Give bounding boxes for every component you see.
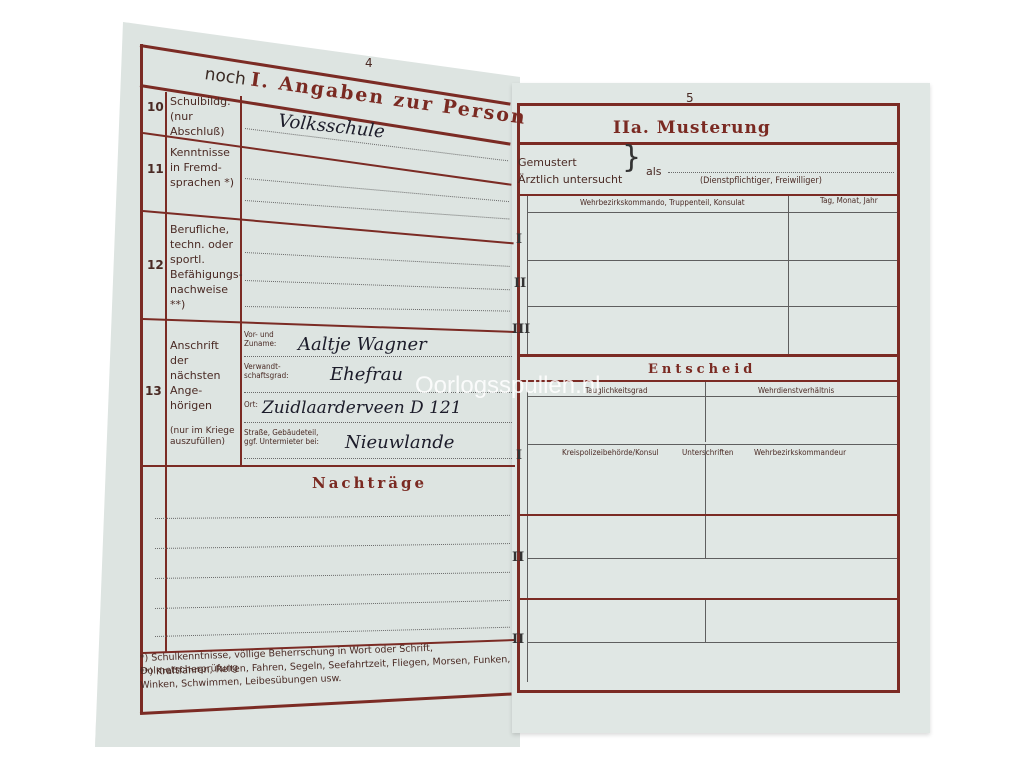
- dotline: [244, 458, 512, 459]
- row-sep-13: [143, 465, 515, 467]
- field-label-relation: Verwandt-schaftsgrad:: [244, 362, 294, 380]
- decision-row-sep-2: [527, 558, 897, 559]
- table1-header-date: Tag, Monat, Jahr: [820, 196, 878, 205]
- table1-row-sep: [527, 260, 897, 261]
- left-page-number: 4: [365, 56, 373, 70]
- row-label-12: Berufliche, techn. oder sportl. Befähigu…: [170, 222, 240, 312]
- row-number-12: 12: [147, 258, 164, 272]
- brace-icon: }: [622, 150, 641, 165]
- decision-col-roman: [527, 382, 528, 682]
- left-border: [140, 44, 143, 714]
- field-value-name[interactable]: Aaltje Wagner: [298, 334, 427, 355]
- row-label-13: Anschrift der nächsten Ange-hörigen: [170, 338, 240, 413]
- decision-col-mid: [705, 382, 706, 442]
- as-input-line[interactable]: [668, 172, 894, 173]
- decision-title: Entscheid: [648, 362, 756, 377]
- signature-header-commander: Wehrbezirkskommandeur: [754, 448, 846, 457]
- decision-row-sep: [527, 444, 897, 445]
- sig-col-mid: [705, 444, 706, 514]
- row-number-13: 13: [145, 384, 162, 398]
- supplements-title: Nachträge: [312, 474, 427, 492]
- decision-row-II: II: [512, 550, 524, 565]
- field-value-place[interactable]: Zuidlaarderveen D 121: [262, 398, 462, 418]
- table1-header-office: Wehrbezirkskommando, Truppenteil, Konsul…: [580, 198, 745, 207]
- decision-sep-3: [517, 598, 900, 600]
- as-label: als: [646, 164, 662, 179]
- dotline: [244, 356, 512, 357]
- table1-row-sep: [527, 306, 897, 307]
- sig-col-mid-3: [705, 600, 706, 642]
- sig-col-mid-2: [705, 516, 706, 558]
- decision-row-sep-3: [527, 642, 897, 643]
- dotline: [244, 422, 512, 423]
- decision-sep-2: [517, 514, 900, 516]
- table1-col-date: [788, 196, 789, 354]
- col-divider-number: [165, 92, 167, 652]
- field-label-street: Straße, Gebäudeteil, ggf. Untermieter be…: [244, 428, 334, 446]
- field-value-relation[interactable]: Ehefrau: [330, 364, 403, 385]
- signature-header-police: Kreispolizeibehörde/Konsul: [562, 448, 659, 457]
- mustered-label: Gemustert: [518, 155, 577, 170]
- as-hint: (Dienstpflichtiger, Freiwilliger): [700, 176, 822, 186]
- watermark-text: Oorlogsspullen.nl: [415, 372, 600, 400]
- decision-row-I: I: [516, 448, 522, 463]
- right-heading-rule: [517, 142, 900, 145]
- signature-header-signatures: Unterschriften: [682, 448, 733, 457]
- table1-row-II: II: [514, 276, 526, 291]
- row-number-11: 11: [147, 162, 164, 176]
- row-label-11: Kenntnisse in Fremd-sprachen *): [170, 145, 240, 190]
- col-divider-label: [240, 96, 242, 466]
- table1-row-III: III: [512, 322, 530, 337]
- decision-header-service: Wehrdienstverhältnis: [758, 386, 834, 395]
- row-label-10: Schulbildg. (nur Abschluß): [170, 94, 240, 139]
- right-page-number: 5: [686, 91, 694, 105]
- decision-top: [517, 354, 900, 357]
- table1-header-rule: [527, 212, 897, 213]
- medical-label: Ärztlich untersucht: [518, 172, 622, 187]
- row-label-13-note: (nur im Kriege auszufüllen): [170, 426, 242, 448]
- field-label-place: Ort:: [244, 400, 258, 409]
- decision-row-II-2: II: [512, 632, 524, 647]
- field-value-street[interactable]: Nieuwlande: [345, 432, 454, 453]
- right-heading: IIa. Musterung: [613, 118, 771, 138]
- table1-row-I: I: [516, 232, 522, 247]
- row-number-10: 10: [147, 100, 164, 114]
- field-label-name: Vor- und Zuname:: [244, 330, 294, 348]
